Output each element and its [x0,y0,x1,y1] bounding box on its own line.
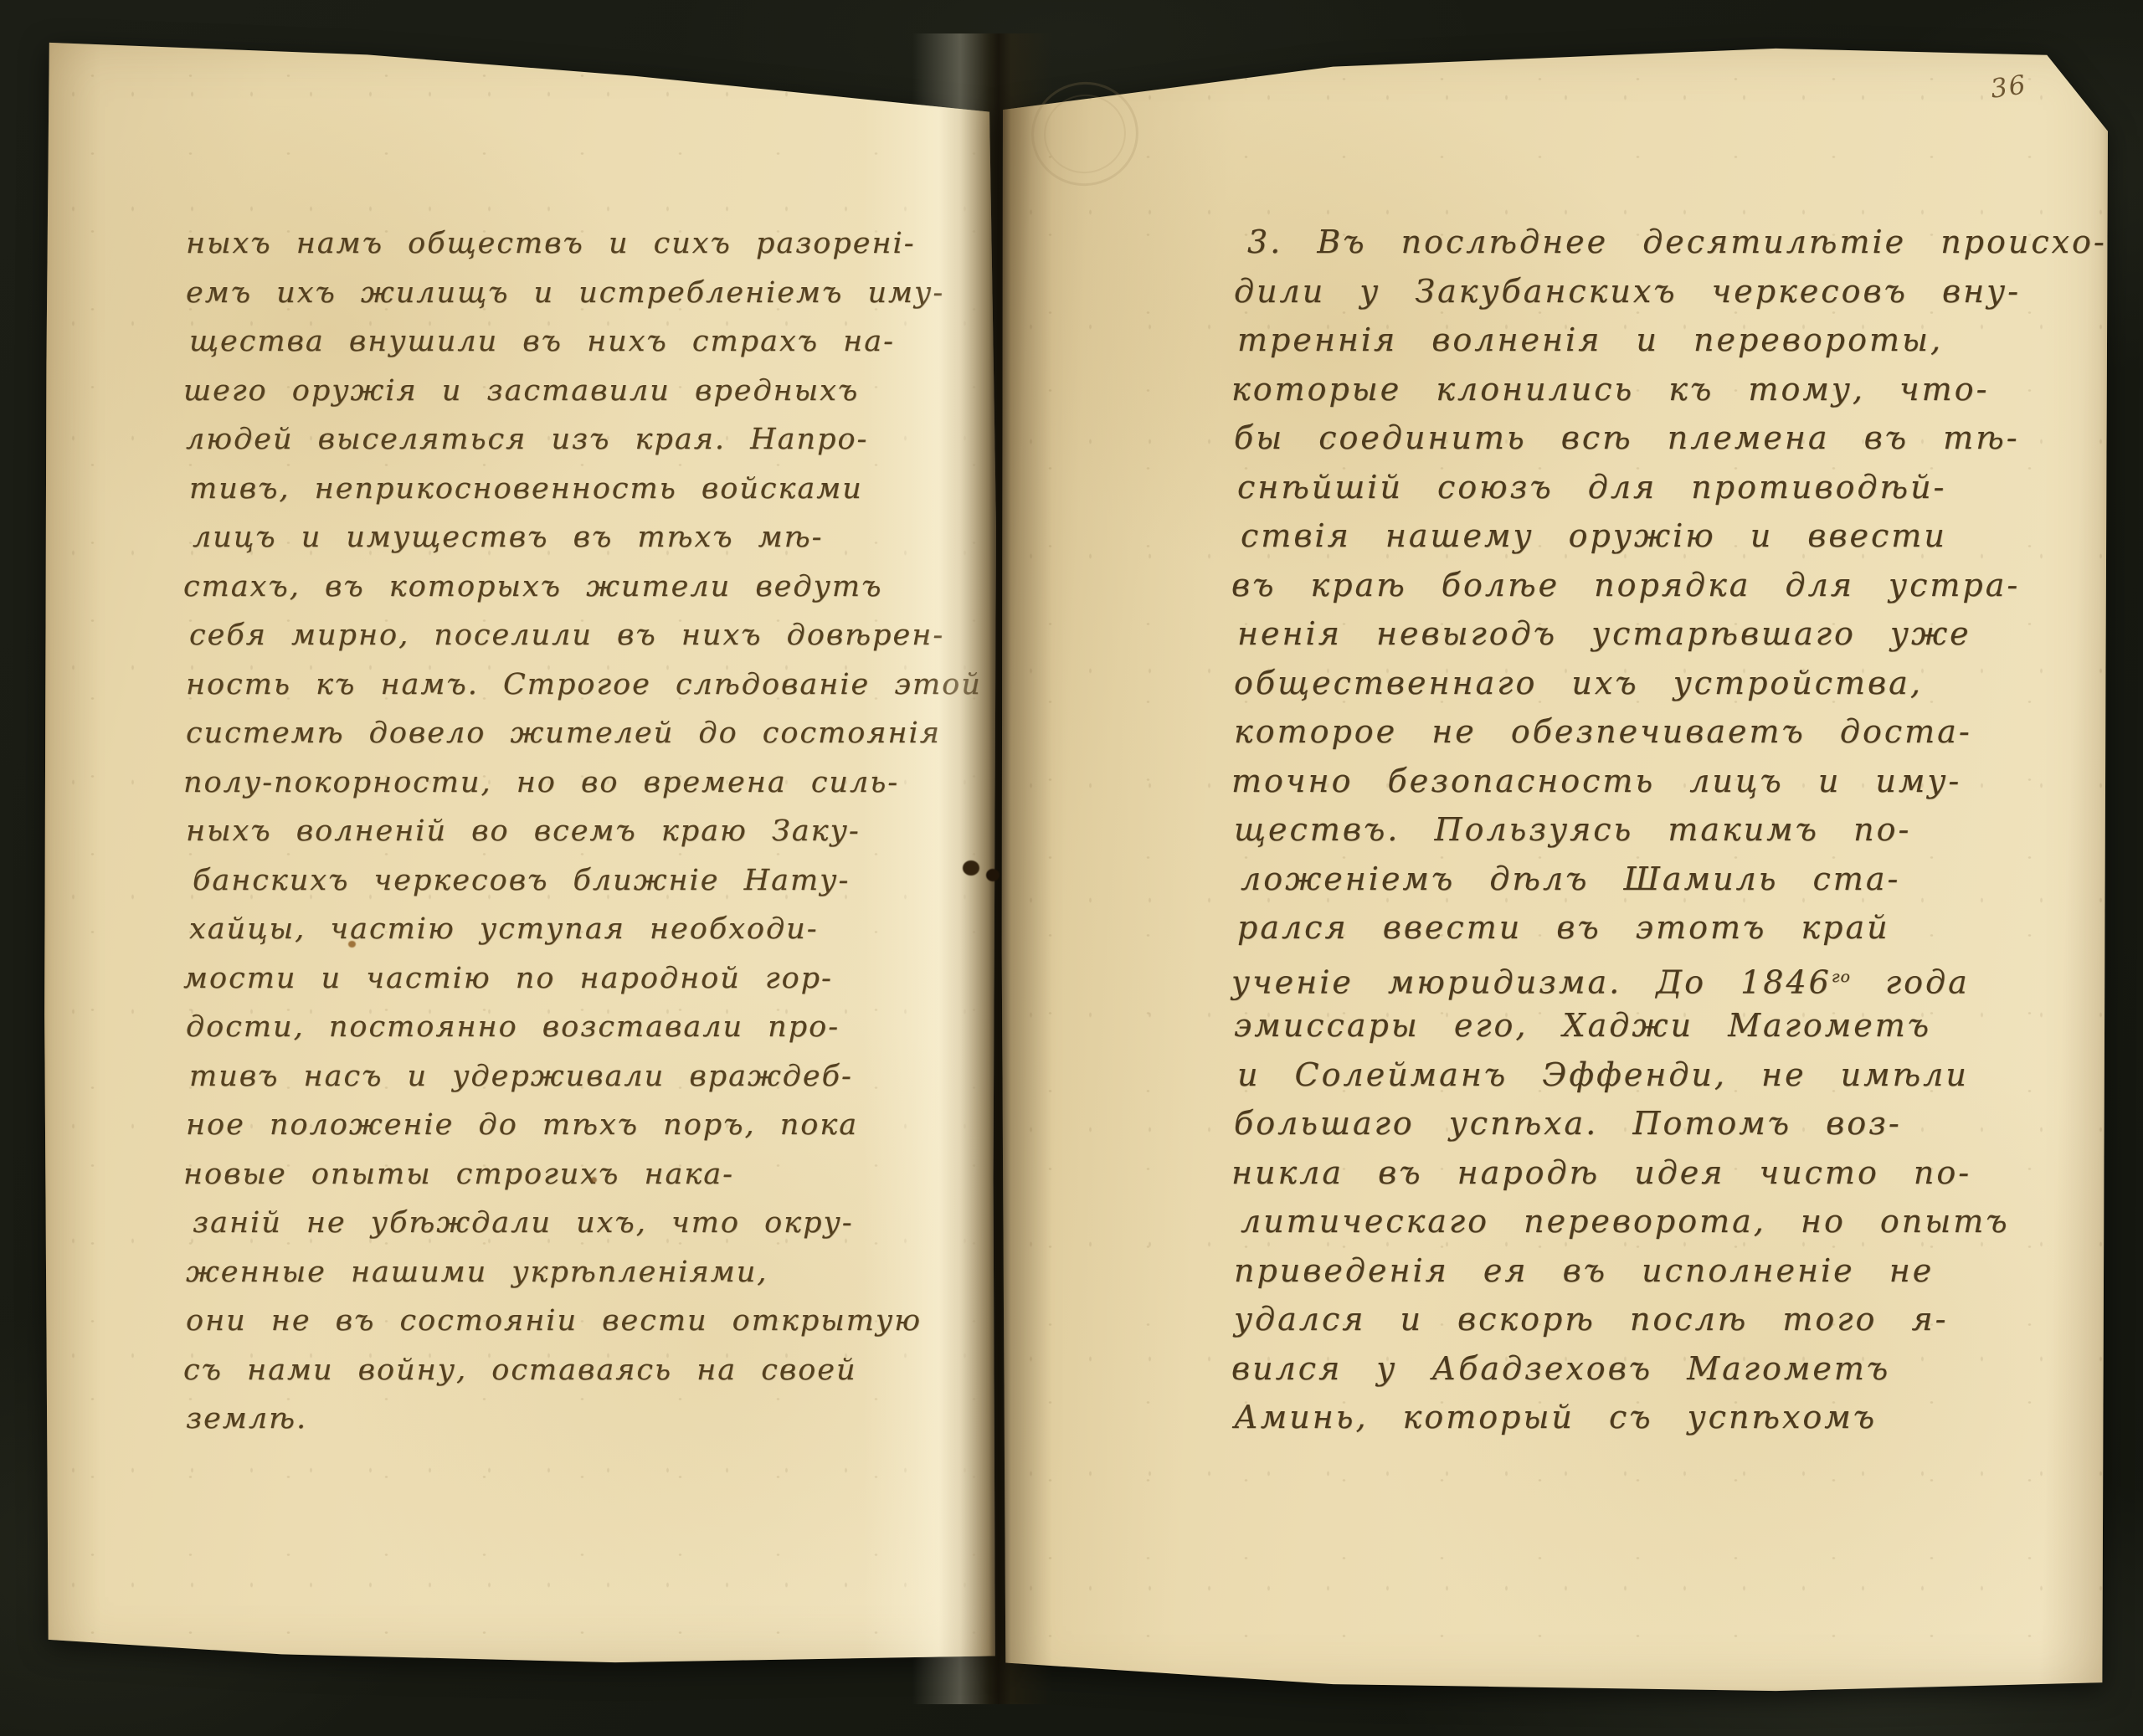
manuscript-line: никла въ народѣ идея чисто по- [1231,1148,2104,1198]
manuscript-line: ствія нашему оружію и ввести [1241,511,2114,561]
manuscript-line: литическаго переворота, но опытъ [1241,1197,2114,1246]
manuscript-line: ное положеніе до тѣхъ поръ, пока [186,1101,982,1150]
manuscript-line: щества внушили въ нихъ страхъ на- [189,317,985,367]
manuscript-line: треннія волненія и перевороты, [1237,316,2110,365]
manuscript-line: эмиссары его, Хаджи Магометъ [1234,1001,2107,1050]
manuscript-line: и Солейманъ Эффенди, не имѣли [1237,1050,2110,1100]
manuscript-line: 3. Въ послѣднее десятилѣтіе происхо- [1234,218,2107,267]
manuscript-line: тивъ насъ и удерживали враждеб- [189,1052,985,1102]
manuscript-scan: ныхъ намъ обществъ и сихъ разорені-емъ и… [0,0,2143,1736]
manuscript-line: лицъ и имуществъ въ тѣхъ мѣ- [193,513,989,562]
manuscript-line: землѣ. [186,1394,982,1444]
left-page-text: ныхъ намъ обществъ и сихъ разорені-емъ и… [186,219,982,1444]
manuscript-line: которые клонились къ тому, что- [1231,365,2104,414]
ink-blot [986,869,1000,881]
manuscript-line: ществъ. Пользуясь такимъ по- [1234,805,2107,855]
manuscript-line: полу-покорности, но во времена силь- [183,758,979,808]
manuscript-line: системѣ довело жителей до состоянія [186,709,982,758]
manuscript-line: точно безопасность лицъ и иму- [1231,757,2104,806]
manuscript-line: ныхъ волненій во всемъ краю Заку- [186,807,982,856]
manuscript-line: рался ввести въ этотъ край [1237,903,2110,953]
manuscript-line: тивъ, неприкосновенность войсками [189,465,985,514]
rust-speck [348,941,356,948]
manuscript-line: которое не обезпечиваетъ доста- [1234,707,2107,757]
manuscript-line: мости и частію по народной гор- [183,954,979,1004]
manuscript-line: въ краѣ болѣе порядка для устра- [1231,561,2104,610]
manuscript-line: они не въ состояніи вести открытую [186,1297,982,1346]
manuscript-line: банскихъ черкесовъ ближніе Нату- [193,856,989,906]
manuscript-line: съ нами войну, оставаясь на своей [183,1346,979,1395]
page-number: 36 [1989,69,2029,105]
manuscript-line: новые опыты строгихъ нака- [183,1150,979,1199]
manuscript-line: ныхъ намъ обществъ и сихъ разорені- [186,219,982,269]
manuscript-line: себя мирно, поселили въ нихъ довѣрен- [189,611,985,660]
manuscript-line: шего оружія и заставили вредныхъ [183,367,979,416]
manuscript-line: хайцы, частію уступая необходи- [189,905,985,954]
manuscript-line: вился у Абадзеховъ Магометъ [1231,1344,2104,1394]
manuscript-line: Аминь, который съ успѣхомъ [1234,1393,2107,1442]
ink-blot [963,860,979,876]
manuscript-line: приведенія ея въ исполненіе не [1234,1246,2107,1296]
manuscript-line: стахъ, въ которыхъ жители ведутъ [183,562,979,612]
manuscript-line: ученіе мюридизма. До 1846го года [1231,953,2104,1002]
manuscript-line: ность къ намъ. Строгое слѣдованіе этой [186,660,982,710]
manuscript-line: бы соединить всѣ племена въ тѣ- [1234,413,2107,463]
manuscript-line: емъ ихъ жилищъ и истребленіемъ иму- [186,269,982,318]
manuscript-line: заній не убѣждали ихъ, что окру- [193,1199,989,1248]
manuscript-line: снѣйшій союзъ для противодѣй- [1237,463,2110,512]
right-page-text: 3. Въ послѣднее десятилѣтіе происхо-дили… [1234,218,2107,1442]
manuscript-line: дили у Закубанскихъ черкесовъ вну- [1234,267,2107,316]
manuscript-line: общественнаго ихъ устройства, [1234,659,2107,708]
manuscript-line: женные нашими укрѣпленіями, [186,1248,982,1297]
manuscript-line: дости, постоянно возставали про- [186,1003,982,1052]
rust-speck [591,1177,597,1183]
manuscript-line: удался и вскорѣ послѣ того я- [1234,1295,2107,1344]
manuscript-line: большаго успѣха. Потомъ воз- [1234,1099,2107,1148]
manuscript-line: людей выселяться изъ края. Напро- [186,415,982,465]
manuscript-line: ложеніемъ дѣлъ Шамиль ста- [1241,855,2114,904]
manuscript-line: ненія невыгодъ устарѣвшаго уже [1237,609,2110,659]
